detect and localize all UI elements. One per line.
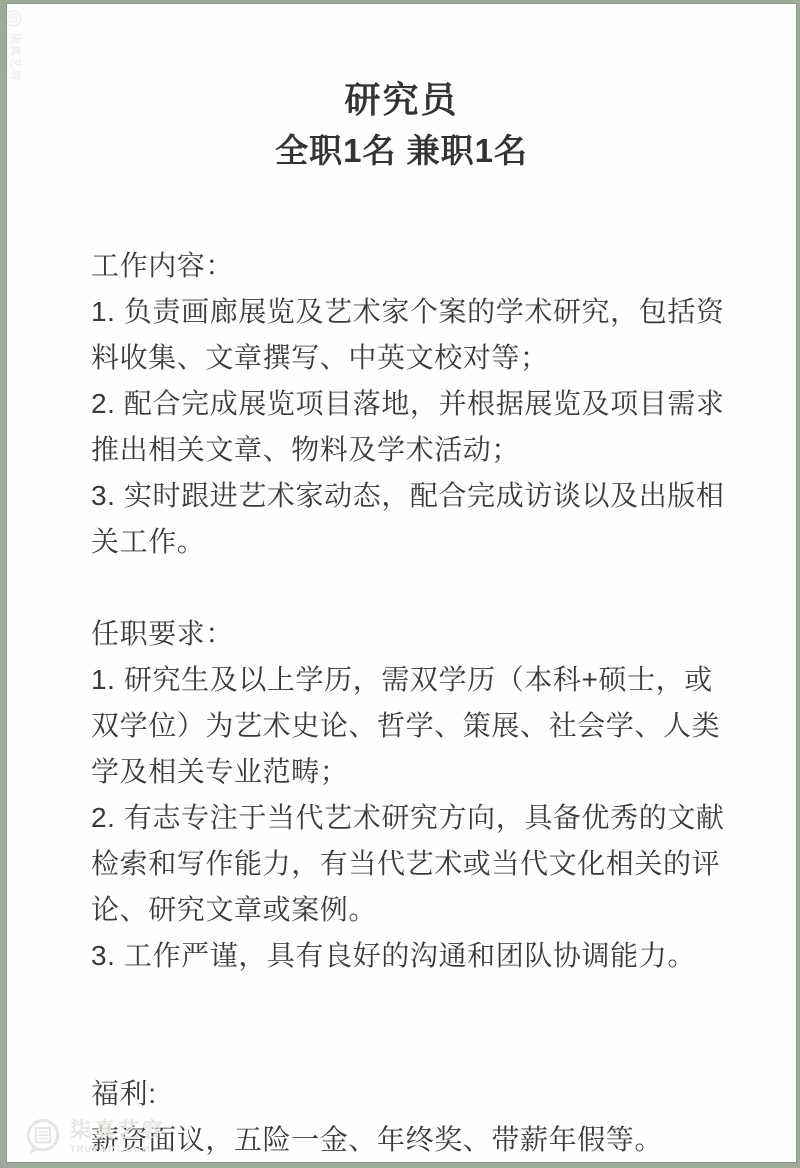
headcount-subtitle: 全职1名 兼职1名: [7, 131, 796, 171]
section-benefits: 福利: 薪资面议，五险一金、年终奖、带薪年假等。: [91, 1071, 739, 1162]
watermark-domain: TRUEART.COM: [7, 32, 8, 82]
duty-item-3: 3. 实时跟进艺术家动态，配合完成访谈以及出版相关工作。: [91, 473, 739, 565]
requirement-item-3: 3. 工作严谨，具有良好的沟通和团队协调能力。: [91, 933, 739, 979]
watermark-brand-name: 柒真艺容: [8, 32, 22, 82]
duties-heading: 工作内容：: [91, 243, 739, 289]
duty-item-2: 2. 配合完成展览项目落地，并根据展览及项目需求推出相关文章、物料及学术活动；: [91, 381, 739, 473]
content-area: 研究员 全职1名 兼职1名 工作内容： 1. 负责画廊展览及艺术家个案的学术研究…: [7, 4, 796, 1162]
watermark-top-left: 柒真艺容 TRUEART.COM: [7, 8, 22, 82]
requirement-item-2: 2. 有志专注于当代艺术研究方向，具备优秀的文献检索和写作能力，有当代艺术或当代…: [91, 795, 739, 933]
chat-bubble-icon: [7, 8, 22, 28]
duty-item-1: 1. 负责画廊展览及艺术家个案的学术研究，包括资料收集、文章撰写、中英文校对等；: [91, 289, 739, 381]
requirement-item-1: 1. 研究生及以上学历，需双学历（本科+硕士，或双学位）为艺术史论、哲学、策展、…: [91, 657, 739, 795]
section-requirements: 任职要求： 1. 研究生及以上学历，需双学历（本科+硕士，或双学位）为艺术史论、…: [91, 611, 739, 979]
section-duties: 工作内容： 1. 负责画廊展览及艺术家个案的学术研究，包括资料收集、文章撰写、中…: [91, 243, 739, 565]
chat-bubble-icon: [23, 1118, 61, 1158]
job-posting-page: 研究员 全职1名 兼职1名 工作内容： 1. 负责画廊展览及艺术家个案的学术研究…: [0, 0, 800, 1168]
requirements-heading: 任职要求：: [91, 611, 739, 657]
benefits-item-1: 薪资面议，五险一金、年终奖、带薪年假等。: [91, 1117, 739, 1162]
benefits-heading: 福利:: [91, 1071, 739, 1117]
page-title: 研究员: [7, 78, 796, 121]
title-block: 研究员 全职1名 兼职1名: [7, 78, 796, 171]
watermark-texts: 柒真艺容 TRUEART.COM: [7, 32, 22, 82]
job-description: 工作内容： 1. 负责画廊展览及艺术家个案的学术研究，包括资料收集、文章撰写、中…: [91, 243, 739, 1162]
